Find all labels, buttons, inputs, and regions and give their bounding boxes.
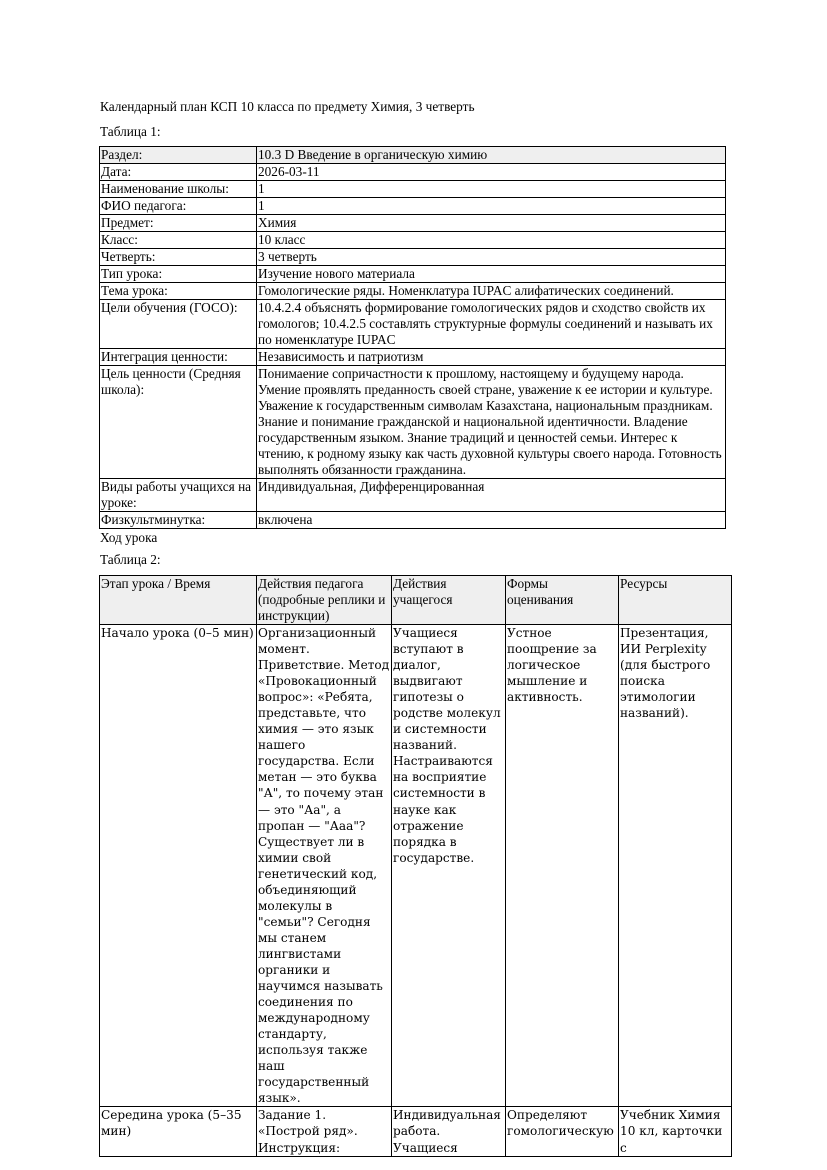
field-value: Гомологические ряды. Номенклатура IUPAC … [257,283,726,300]
table-row: Середина урока (5–35 мин) Задание 1. «По… [100,1107,732,1156]
table-row: Цели обучения (ГОСО):10.4.2.4 объяснять … [100,300,726,349]
cell-resources: Учебник Химия 10 кл, карточки с [619,1107,732,1156]
cell-teacher-actions: Организационный момент. Приветствие. Мет… [257,625,392,1107]
table-row: Тема урока:Гомологические ряды. Номенкла… [100,283,726,300]
table-row: Дата:2026-03-11 [100,164,726,181]
cell-teacher-actions: Задание 1. «Построй ряд». Инструкция: [257,1107,392,1156]
document-title: Календарный план КСП 10 класса по предме… [100,99,727,116]
field-label: Дата: [100,164,257,181]
header-resources: Ресурсы [619,576,732,625]
table-row: Наименование школы:1 [100,181,726,198]
lesson-flow-heading: Ход урока [100,529,727,546]
field-label: Предмет: [100,215,257,232]
field-value: Химия [257,215,726,232]
field-value: 10 класс [257,232,726,249]
field-label: Цель ценности (Средняя школа): [100,366,257,479]
field-label: Наименование школы: [100,181,257,198]
table2-caption: Таблица 2: [100,552,727,569]
cell-stage: Начало урока (0–5 мин) [100,625,257,1107]
header-assessment: Формы оценивания [506,576,619,625]
field-label: Физкультминутка: [100,512,257,529]
field-value: 1 [257,198,726,215]
field-value: включена [257,512,726,529]
field-value: 1 [257,181,726,198]
field-value: 10.3 D Введение в органическую химию [257,147,726,164]
field-label: Цели обучения (ГОСО): [100,300,257,349]
header-stage: Этап урока / Время [100,576,257,625]
field-label: ФИО педагога: [100,198,257,215]
field-value: Понимаение сопричастности к прошлому, на… [257,366,726,479]
cell-assessment: Определяют гомологическую [506,1107,619,1156]
table-row: Физкультминутка:включена [100,512,726,529]
table-row: ФИО педагога:1 [100,198,726,215]
header-student-actions: Действия учащегося [392,576,506,625]
cell-student-actions: Индивидуальная работа. Учащиеся [392,1107,506,1156]
table1-caption: Таблица 1: [100,124,727,141]
field-value: 10.4.2.4 объяснять формирование гомологи… [257,300,726,349]
cell-stage: Середина урока (5–35 мин) [100,1107,257,1156]
table-row: Начало урока (0–5 мин) Организационный м… [100,625,732,1107]
table-row: Интеграция ценности:Независимость и патр… [100,349,726,366]
table-row: Четверть:3 четверть [100,249,726,266]
field-label: Класс: [100,232,257,249]
field-label: Тип урока: [100,266,257,283]
table-header-row: Этап урока / Время Действия педагога (по… [100,576,732,625]
field-value: 3 четверть [257,249,726,266]
document-page: Календарный план КСП 10 класса по предме… [100,99,727,1157]
field-label: Раздел: [100,147,257,164]
cell-resources: Презентация, ИИ Perplexity (для быстрого… [619,625,732,1107]
table-row: Предмет:Химия [100,215,726,232]
lesson-flow-table: Этап урока / Время Действия педагога (по… [99,575,732,1157]
field-label: Тема урока: [100,283,257,300]
field-label: Четверть: [100,249,257,266]
field-label: Виды работы учащихся на уроке: [100,479,257,512]
table-row: Тип урока:Изучение нового материала [100,266,726,283]
lesson-info-table: Раздел:10.3 D Введение в органическую хи… [99,146,726,529]
table-row: Класс:10 класс [100,232,726,249]
field-value: Индивидуальная, Дифференцированная [257,479,726,512]
header-teacher-actions: Действия педагога (подробные реплики и и… [257,576,392,625]
field-value: 2026-03-11 [257,164,726,181]
field-value: Независимость и патриотизм [257,349,726,366]
field-label: Интеграция ценности: [100,349,257,366]
field-value: Изучение нового материала [257,266,726,283]
table-row: Цель ценности (Средняя школа):Понимаение… [100,366,726,479]
table-row: Виды работы учащихся на уроке:Индивидуал… [100,479,726,512]
cell-student-actions: Учащиеся вступают в диалог, выдвигают ги… [392,625,506,1107]
cell-assessment: Устное поощрение за логическое мышление … [506,625,619,1107]
table-row: Раздел:10.3 D Введение в органическую хи… [100,147,726,164]
